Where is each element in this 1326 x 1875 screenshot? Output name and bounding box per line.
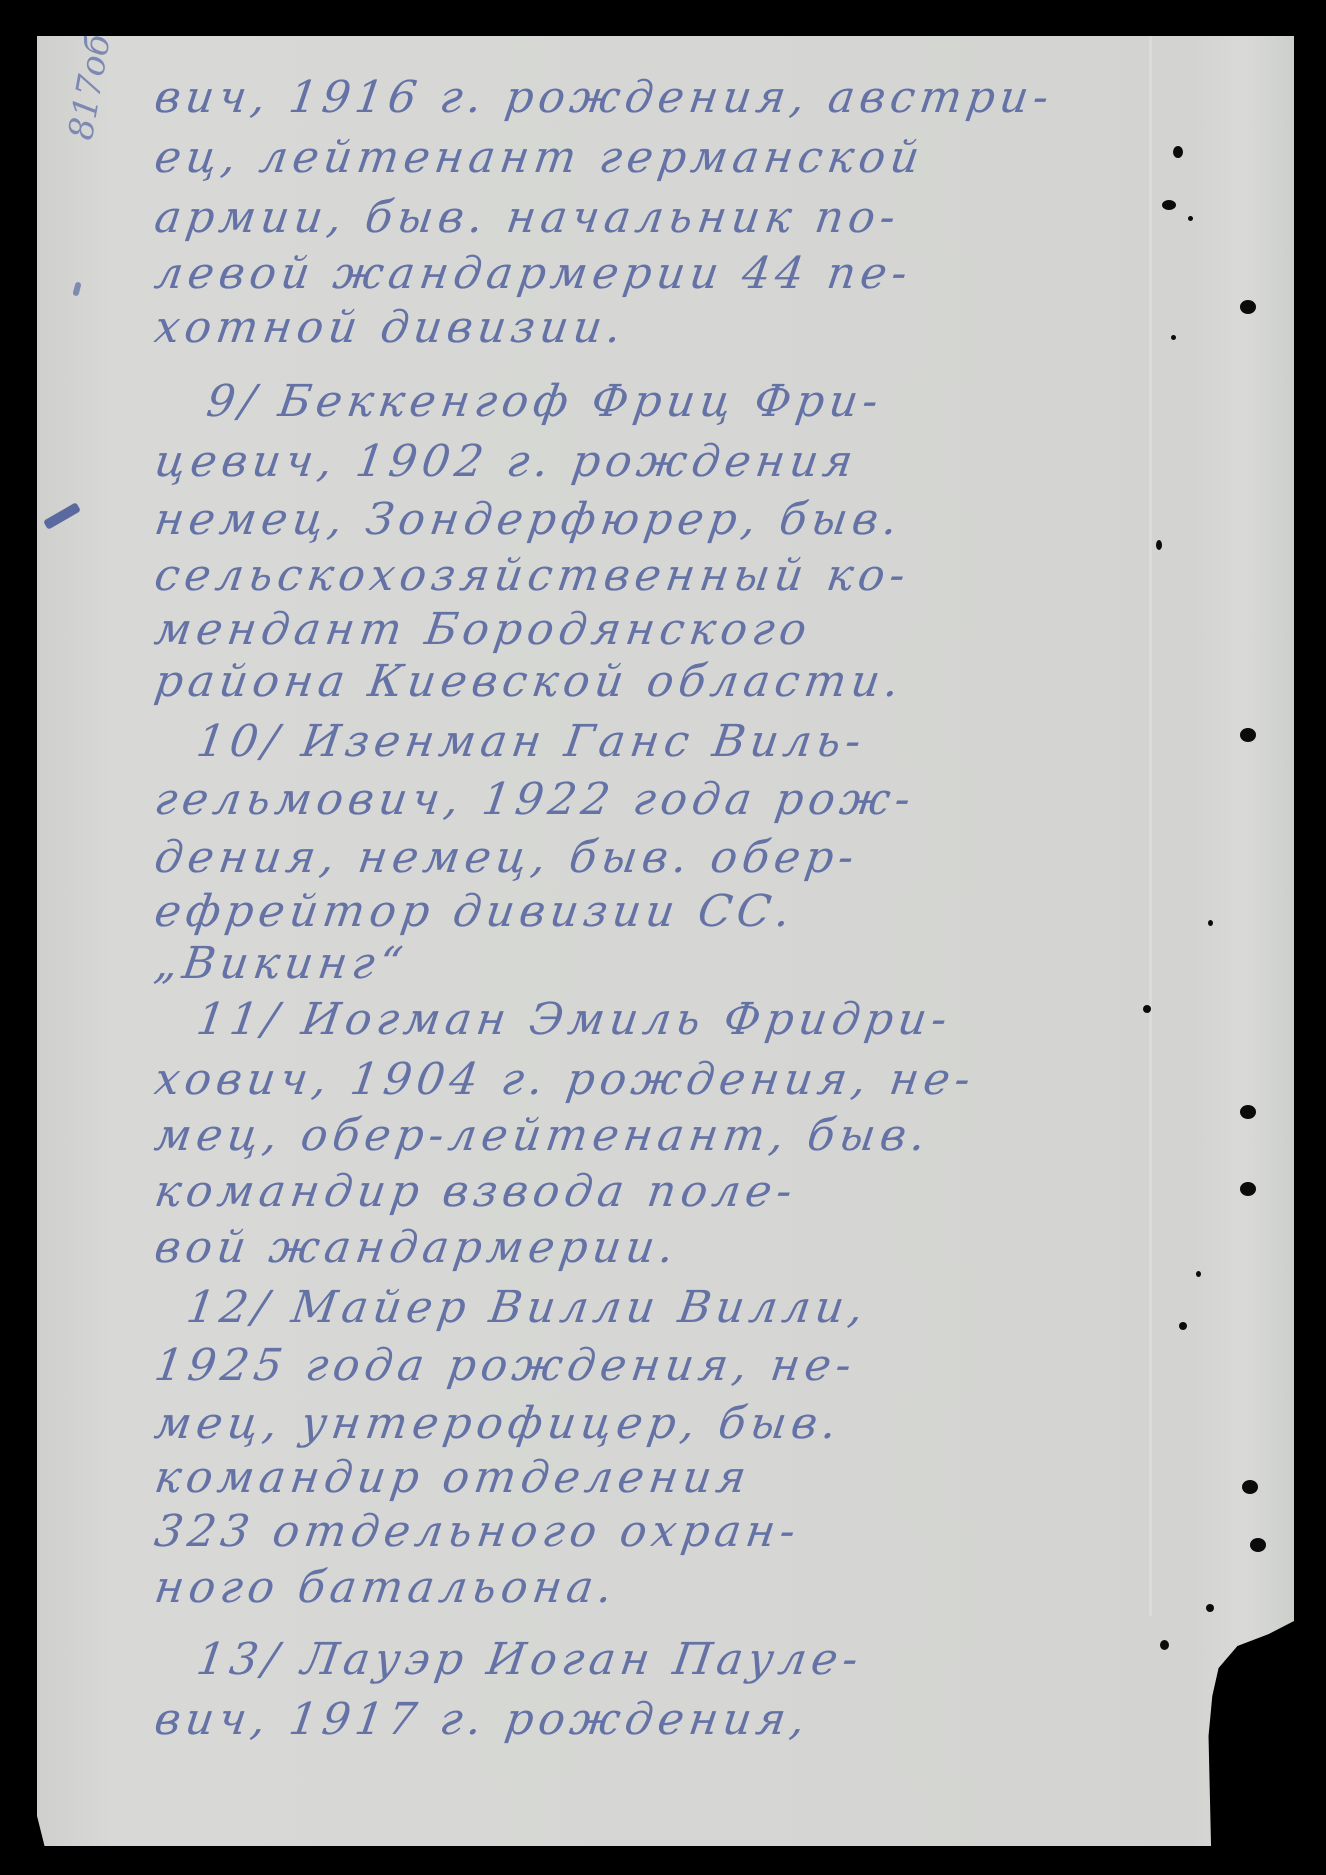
punch-hole xyxy=(1242,1480,1258,1494)
margin-ink-dot xyxy=(72,281,81,296)
text-line: командир взвода поле- xyxy=(151,1166,800,1218)
punch-hole xyxy=(1240,728,1256,742)
entry-13-heading: 13/ Лауэр Иоган Пауле- xyxy=(193,1634,866,1686)
punch-hole xyxy=(1240,1105,1256,1119)
margin-ink-dash xyxy=(43,502,81,530)
text-line: вич, 1916 г. рождения, австри- xyxy=(151,72,1056,124)
entry-12-heading: 12/ Майер Вилли Вилли, xyxy=(183,1282,871,1334)
text-line: 1925 года рождения, не- xyxy=(151,1340,859,1392)
text-line: командир отделения xyxy=(151,1452,754,1504)
small-hole xyxy=(1188,216,1193,221)
small-hole xyxy=(1179,1322,1187,1330)
entry-9-heading: 9/ Беккенгоф Фриц Фри- xyxy=(203,376,886,428)
small-hole xyxy=(1196,1271,1201,1277)
punch-hole xyxy=(1240,1182,1256,1196)
text-line: гельмович, 1922 года рож- xyxy=(151,774,918,826)
text-line: 323 отдельного охран- xyxy=(151,1506,803,1558)
small-hole xyxy=(1160,1640,1169,1650)
text-line: цевич, 1902 г. рождения xyxy=(151,436,861,488)
text-line: ефрейтор дивизии СС. xyxy=(151,886,798,938)
punch-hole xyxy=(1250,1538,1266,1552)
small-hole xyxy=(1173,146,1183,158)
text-line: вой жандармерии. xyxy=(151,1222,682,1274)
text-line: армии, быв. начальник по- xyxy=(151,192,903,244)
text-line: вич, 1917 г. рождения, xyxy=(151,1694,813,1746)
paper-fold xyxy=(1149,36,1152,1616)
text-line: мец, обер-лейтенант, быв. xyxy=(151,1110,933,1162)
text-line: ец, лейтенант германской xyxy=(151,132,927,184)
text-line: немец, Зондерфюрер, быв. xyxy=(151,494,905,546)
text-line: хович, 1904 г. рождения, не- xyxy=(151,1054,978,1106)
text-line: дения, немец, быв. обер- xyxy=(151,832,862,884)
entry-10-heading: 10/ Изенман Ганс Виль- xyxy=(193,716,869,768)
text-line: мец, унтерофицер, быв. xyxy=(151,1398,844,1450)
small-hole xyxy=(1171,335,1176,340)
handwritten-page: 817об вич, 1916 г. рождения, австри- ец,… xyxy=(37,36,1294,1846)
small-hole xyxy=(1206,1604,1214,1612)
text-line: левой жандармерии 44 пе- xyxy=(151,248,915,300)
text-line: „Викинг“ xyxy=(151,938,410,990)
text-line: сельскохозяйственный ко- xyxy=(151,550,913,602)
text-line: мендант Бородянского xyxy=(151,604,814,656)
text-line: хотной дивизии. xyxy=(151,302,629,354)
text-line: района Киевской области. xyxy=(151,656,907,708)
entry-11-heading: 11/ Иогман Эмиль Фридри- xyxy=(193,994,955,1046)
small-hole xyxy=(1156,540,1162,550)
small-hole xyxy=(1162,200,1176,210)
punch-hole xyxy=(1240,300,1256,314)
small-hole xyxy=(1208,920,1213,926)
small-hole xyxy=(1143,1005,1151,1013)
archive-page-number: 817об xyxy=(61,31,119,142)
text-line: ного батальона. xyxy=(151,1562,620,1614)
